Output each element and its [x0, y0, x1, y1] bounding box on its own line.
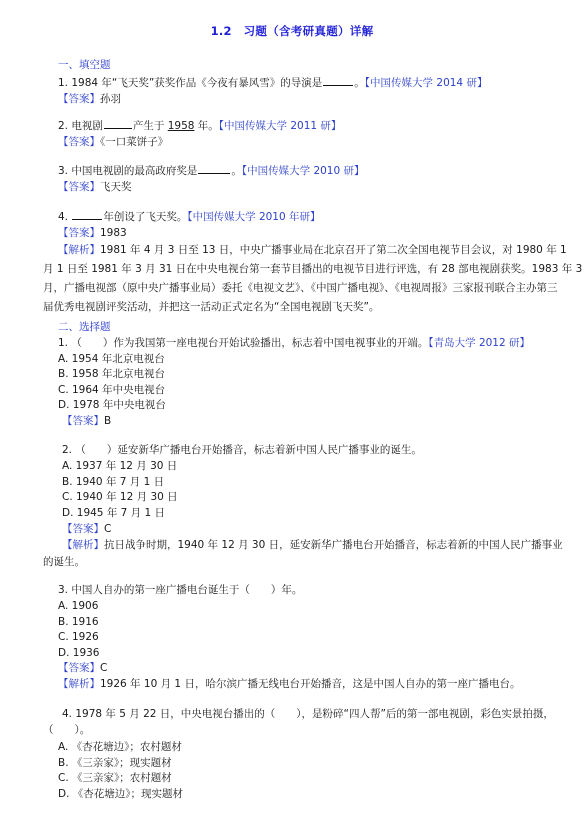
answer-value: 《一口菜饼子》: [100, 136, 168, 148]
question-3-choice: 3. 中国人自办的第一座广播电台诞生于（ ）年。: [58, 583, 302, 598]
option-d: D. 1978 年中央电视台: [58, 398, 166, 413]
question-1-choice: 1. （ ）作为我国第一座电视台开始试验播出，标志着中国电视事业的开端。【青岛大…: [58, 336, 530, 351]
option-c: C. 《三亲家》；农村题材: [58, 771, 172, 786]
source-tag: 【中国传媒大学 2011 研】: [219, 120, 342, 132]
page-title: 1.2 习题（含考研真题）详解: [0, 23, 584, 39]
analysis-label: 【解析】: [58, 244, 100, 256]
answer-blank: [323, 75, 353, 86]
answer-value: 孙羽: [100, 93, 121, 105]
answer-line: 【答案】1983: [58, 226, 127, 241]
source-tag: 【青岛大学 2012 研】: [428, 337, 530, 349]
question-suffix: 年。: [198, 120, 219, 132]
question-suffix: 。: [231, 165, 242, 177]
source-tag: 【中国传媒大学 2010 研】: [242, 165, 365, 177]
analysis-line-4: 届优秀电视剧评奖活动，并把这一活动正式定名为“全国电视剧飞天奖”。: [43, 300, 379, 315]
option-b: B. 1940 年 7 月 1 日: [62, 475, 164, 490]
option-a: A. 《杏花塘边》；农村题材: [58, 740, 182, 755]
answer-label: 【答案】: [62, 523, 104, 535]
analysis-line-2: 的诞生。: [43, 555, 85, 570]
answer-blank: [72, 209, 102, 220]
question-text: 4.: [58, 211, 71, 223]
analysis-line-2: 月 1 日至 1981 年 3 月 31 日在中央电视台第一套节目播出的电视节目…: [43, 262, 582, 277]
question-4-continuation: （ ）。: [43, 723, 90, 738]
answer-label: 【答案】: [62, 415, 104, 427]
answer-label: 【答案】: [58, 136, 100, 148]
answer-value: C: [100, 662, 107, 674]
answer-label: 【答案】: [58, 93, 100, 105]
option-a: A. 1937 年 12 月 30 日: [62, 459, 177, 474]
question-text: 2. 电视剧: [58, 120, 103, 132]
question-stem: 1. （ ）作为我国第一座电视台开始试验播出，标志着中国电视事业的开端。: [58, 337, 428, 349]
option-d: D. 《杏花塘边》；现实题材: [58, 787, 183, 802]
question-1-fill: 1. 1984 年“飞天奖”获奖作品《今夜有暴风雪》的导演是。【中国传媒大学 2…: [58, 75, 487, 91]
question-3-fill: 3. 中国电视剧的最高政府奖是。【中国传媒大学 2010 研】: [58, 163, 365, 179]
underlined-year: 1958: [168, 120, 195, 132]
answer-line: 【答案】孙羽: [58, 92, 121, 107]
option-a: A. 1954 年北京电视台: [58, 352, 165, 367]
question-2-fill: 2. 电视剧产生于 1958 年。【中国传媒大学 2011 研】: [58, 118, 341, 134]
question-suffix: 年创设了飞天奖。: [103, 211, 187, 223]
analysis-line-1: 【解析】抗日战争时期，1940 年 12 月 30 日，延安新华广播电台开始播音…: [62, 538, 563, 553]
answer-line: 【答案】B: [62, 414, 111, 429]
analysis-line-1: 【解析】1926 年 10 月 1 日，哈尔滨广播无线电台开始播音，这是中国人自…: [58, 677, 520, 692]
option-b: B. 《三亲家》；现实题材: [58, 756, 172, 771]
option-c: C. 1964 年中央电视台: [58, 383, 165, 398]
answer-value: C: [104, 523, 111, 535]
option-c: C. 1940 年 12 月 30 日: [62, 490, 178, 505]
answer-line: 【答案】C: [58, 661, 107, 676]
source-tag: 【中国传媒大学 2010 年研】: [187, 211, 320, 223]
answer-value: B: [104, 415, 111, 427]
question-4-fill: 4. 年创设了飞天奖。【中国传媒大学 2010 年研】: [58, 209, 321, 225]
question-suffix: 。: [354, 77, 365, 89]
option-b: B. 1958 年北京电视台: [58, 367, 165, 382]
answer-label: 【答案】: [58, 662, 100, 674]
option-d: D. 1945 年 7 月 1 日: [62, 506, 165, 521]
answer-line: 【答案】《一口菜饼子》: [58, 135, 168, 150]
option-b: B. 1916: [58, 615, 99, 630]
analysis-label: 【解析】: [58, 678, 100, 690]
answer-label: 【答案】: [58, 181, 100, 193]
analysis-label: 【解析】: [62, 539, 104, 551]
answer-blank: [104, 118, 132, 129]
analysis-text: 1926 年 10 月 1 日，哈尔滨广播无线电台开始播音，这是中国人自办的第一…: [100, 678, 520, 690]
option-c: C. 1926: [58, 630, 99, 645]
analysis-text: 1981 年 4 月 3 日至 13 日，中央广播事业局在北京召开了第二次全国电…: [100, 244, 567, 256]
section-heading-multiple-choice: 二、选择题: [58, 320, 111, 335]
analysis-line-1: 【解析】1981 年 4 月 3 日至 13 日，中央广播事业局在北京召开了第二…: [58, 243, 567, 258]
answer-line: 【答案】C: [62, 522, 111, 537]
answer-blank: [198, 163, 230, 174]
answer-value: 飞天奖: [100, 181, 132, 193]
answer-value: 1983: [100, 227, 127, 239]
question-4-choice: 4. 1978 年 5 月 22 日，中央电视台播出的（ ），是粉碎“四人帮”后…: [62, 707, 554, 722]
answer-label: 【答案】: [58, 227, 100, 239]
question-text: 1. 1984 年“飞天奖”获奖作品《今夜有暴风雪》的导演是: [58, 77, 322, 89]
analysis-line-3: 月，广播电视部（原中央广播事业局）委托《电视文艺》、《中国广播电视》、《电视周报…: [43, 281, 558, 296]
analysis-text: 抗日战争时期，1940 年 12 月 30 日，延安新华广播电台开始播音，标志着…: [104, 539, 563, 551]
question-2-choice: 2. （ ）延安新华广播电台开始播音，标志着新中国人民广播事业的诞生。: [62, 443, 422, 458]
question-middle: 产生于: [133, 120, 165, 132]
option-d: D. 1936: [58, 646, 99, 661]
answer-line: 【答案】飞天奖: [58, 180, 132, 195]
source-tag: 【中国传媒大学 2014 研】: [365, 77, 488, 89]
question-text: 3. 中国电视剧的最高政府奖是: [58, 165, 197, 177]
section-heading-fill-blank: 一、填空题: [58, 58, 111, 73]
option-a: A. 1906: [58, 599, 98, 614]
